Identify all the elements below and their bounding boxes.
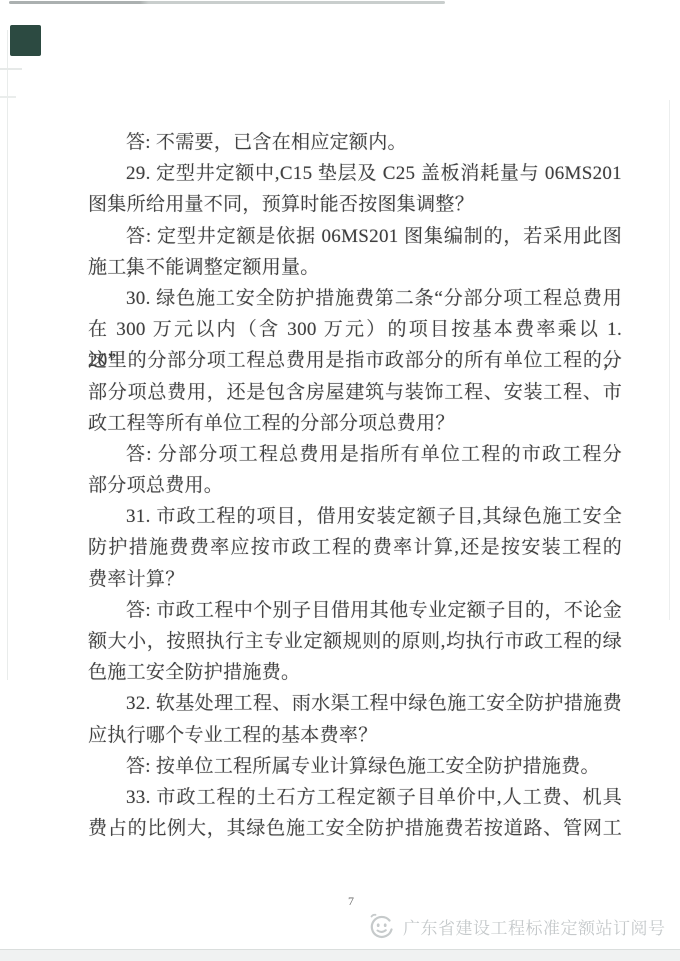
text-line: 答: 按单位工程所属专业计算绿色施工安全防护措施费。 — [88, 751, 622, 782]
text-line: 答: 不需要，已含在相应定额内。 — [88, 127, 622, 158]
text-line: 在 300 万元以内（含 300 万元）的项目按基本费率乘以 1. 20”， — [88, 314, 622, 345]
text-line: 费占的比例大，其绿色施工安全防护措施费若按道路、管网工 — [88, 813, 622, 844]
text-line: 费率计算？ — [88, 564, 622, 595]
document-text-block: 答: 不需要，已含在相应定额内。29. 定型井定额中,C15 垫层及 C25 盖… — [88, 127, 622, 844]
scan-smudge — [0, 68, 22, 70]
scan-smudge — [0, 96, 16, 98]
text-line: 部分项总费用，还是包含房屋建筑与装饰工程、安装工程、市 — [88, 377, 622, 408]
page-number: 7 — [348, 894, 355, 909]
text-line: 图集所给用量不同，预算时能否按图集调整？ — [88, 189, 622, 220]
left-fold-line — [7, 30, 8, 680]
footer-watermark-label: 广东省建设工程标准定额站订阅号 — [403, 914, 666, 939]
scanned-document-page: 答: 不需要，已含在相应定额内。29. 定型井定额中,C15 垫层及 C25 盖… — [0, 0, 680, 961]
text-line: 31. 市政工程的项目，借用安装定额子目,其绿色施工安全 — [88, 501, 622, 532]
right-fold-line — [669, 100, 670, 620]
text-line: 色施工安全防护措施费。 — [88, 657, 622, 688]
wechat-smiley-icon — [368, 913, 395, 940]
text-line: 32. 软基处理工程、雨水渠工程中绿色施工安全防护措施费 — [88, 688, 622, 719]
text-line: 施工，不能调整定额用量。 — [88, 252, 622, 283]
text-line: 政工程等所有单位工程的分部分项总费用？ — [88, 408, 622, 439]
text-line: 部分项总费用。 — [88, 470, 622, 501]
scan-edge-line — [9, 1, 445, 4]
text-line: 答: 定型井定额是依据 06MS201 图集编制的，若采用此图集 — [88, 221, 622, 252]
text-line: 29. 定型井定额中,C15 垫层及 C25 盖板消耗量与 06MS201 — [88, 158, 622, 189]
text-line: 33. 市政工程的土石方工程定额子目单价中,人工费、机具 — [88, 782, 622, 813]
corner-mark — [10, 25, 41, 56]
text-line: 防护措施费费率应按市政工程的费率计算,还是按安装工程的 — [88, 532, 622, 563]
text-line: 答: 市政工程中个别子目借用其他专业定额子目的，不论金 — [88, 595, 622, 626]
text-line: 答: 分部分项工程总费用是指所有单位工程的市政工程分 — [88, 439, 622, 470]
watermark-footer: 广东省建设工程标准定额站订阅号 — [368, 911, 666, 941]
text-line: 应执行哪个专业工程的基本费率？ — [88, 720, 622, 751]
text-line: 额大小，按照执行主专业定额规则的原则,均执行市政工程的绿 — [88, 626, 622, 657]
text-line: 这里的分部分项工程总费用是指市政部分的所有单位工程的分 — [88, 345, 622, 376]
text-line: 30. 绿色施工安全防护措施费第二条“分部分项工程总费用 — [88, 283, 622, 314]
scan-bottom-strip — [0, 949, 680, 961]
